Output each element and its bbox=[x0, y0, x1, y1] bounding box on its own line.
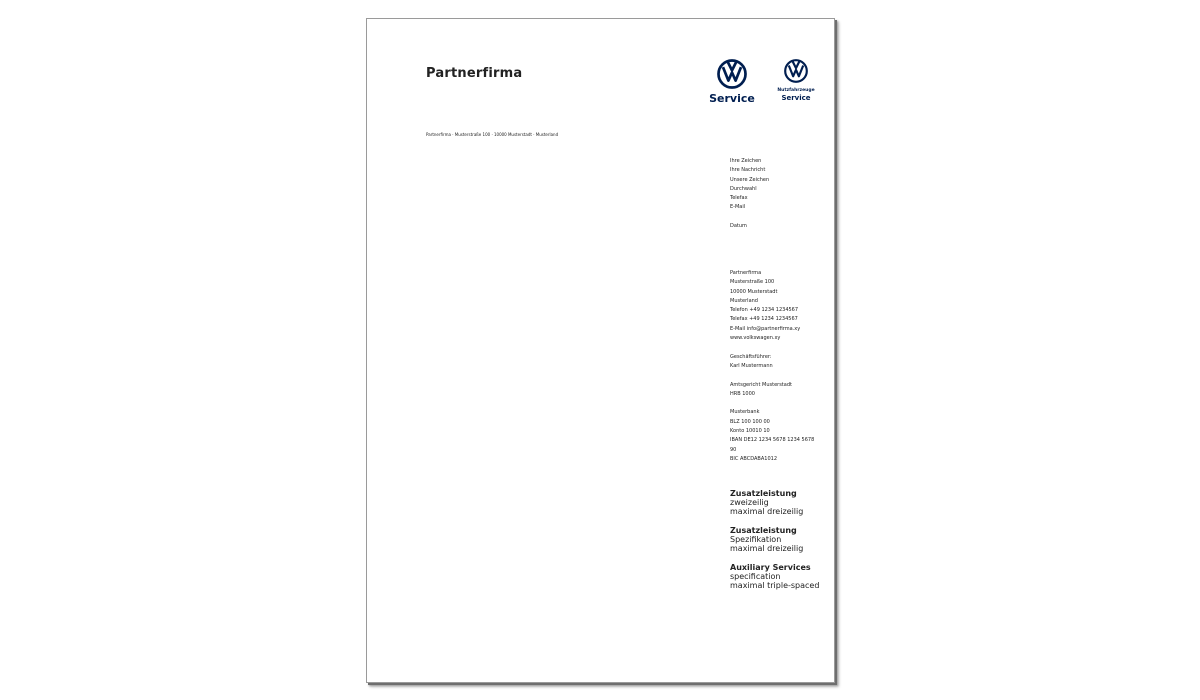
service-line: Spezifikation bbox=[730, 535, 819, 544]
service-group: Auxiliary Servicesspecificationmaximal t… bbox=[730, 563, 819, 590]
contact-line: Musterbank bbox=[730, 408, 814, 417]
contact-line: BIC ABCDABA1012 bbox=[730, 455, 814, 464]
service-line: maximal dreizeilig bbox=[730, 507, 819, 516]
contact-line: Musterstraße 100 bbox=[730, 278, 814, 287]
contact-line: Geschäftsführer: bbox=[730, 353, 814, 362]
service-label: Service bbox=[707, 93, 757, 105]
contact-line: HRB 1000 bbox=[730, 390, 814, 399]
service-label: Service bbox=[773, 94, 819, 102]
vw-logo-icon bbox=[717, 59, 747, 89]
reference-field-label: E-Mail bbox=[730, 203, 769, 212]
service-line: Auxiliary Services bbox=[730, 563, 819, 572]
service-line: maximal dreizeilig bbox=[730, 544, 819, 553]
reference-field-label: Durchwahl bbox=[730, 185, 769, 194]
service-line: specification bbox=[730, 572, 819, 581]
reference-field-label: Ihre Nachricht bbox=[730, 166, 769, 175]
vw-logo-icon bbox=[784, 59, 808, 83]
contact-block: PartnerfirmaMusterstraße 10010000 Muster… bbox=[730, 269, 814, 464]
contact-line bbox=[730, 371, 814, 380]
contact-line: www.volkswagen.xy bbox=[730, 334, 814, 343]
contact-line bbox=[730, 343, 814, 352]
sender-address-line: Partnerfirma · Musterstraße 100 · 10000 … bbox=[426, 132, 558, 137]
contact-line: Musterland bbox=[730, 297, 814, 306]
contact-line: E-Mail info@partnerfirma.xy bbox=[730, 325, 814, 334]
contact-line: 10000 Musterstadt bbox=[730, 288, 814, 297]
service-group: ZusatzleistungSpezifikationmaximal dreiz… bbox=[730, 526, 819, 553]
contact-line: Karl Mustermann bbox=[730, 362, 814, 371]
reference-field-label: Unsere Zeichen bbox=[730, 176, 769, 185]
contact-line: BLZ 100 100 00 bbox=[730, 418, 814, 427]
contact-line: 90 bbox=[730, 446, 814, 455]
reference-field-label: Telefax bbox=[730, 194, 769, 203]
contact-line: Telefon +49 1234 1234567 bbox=[730, 306, 814, 315]
reference-field-label: Ihre Zeichen bbox=[730, 157, 769, 166]
vw-service-logo: Service bbox=[707, 59, 757, 105]
reference-field-label bbox=[730, 213, 769, 222]
contact-line: IBAN DE12 1234 5678 1234 5678 bbox=[730, 436, 814, 445]
contact-line: Amtsgericht Musterstadt bbox=[730, 381, 814, 390]
contact-line: Telefax +49 1234 1234567 bbox=[730, 315, 814, 324]
letterhead-page: Partnerfirma Service Nutzfahrzeuge Servi… bbox=[366, 18, 835, 683]
vw-nutzfahrzeuge-service-logo: Nutzfahrzeuge Service bbox=[773, 59, 819, 102]
contact-line: Partnerfirma bbox=[730, 269, 814, 278]
reference-fields: Ihre ZeichenIhre NachrichtUnsere Zeichen… bbox=[730, 157, 769, 231]
service-line: Zusatzleistung bbox=[730, 526, 819, 535]
service-line: zweizeilig bbox=[730, 498, 819, 507]
contact-line bbox=[730, 399, 814, 408]
contact-line: Konto 10010 10 bbox=[730, 427, 814, 436]
company-title: Partnerfirma bbox=[426, 66, 522, 81]
service-group: Zusatzleistungzweizeiligmaximal dreizeil… bbox=[730, 489, 819, 516]
reference-field-label: Datum bbox=[730, 222, 769, 231]
services-block: Zusatzleistungzweizeiligmaximal dreizeil… bbox=[730, 489, 819, 600]
service-line: maximal triple-spaced bbox=[730, 581, 819, 590]
service-line: Zusatzleistung bbox=[730, 489, 819, 498]
